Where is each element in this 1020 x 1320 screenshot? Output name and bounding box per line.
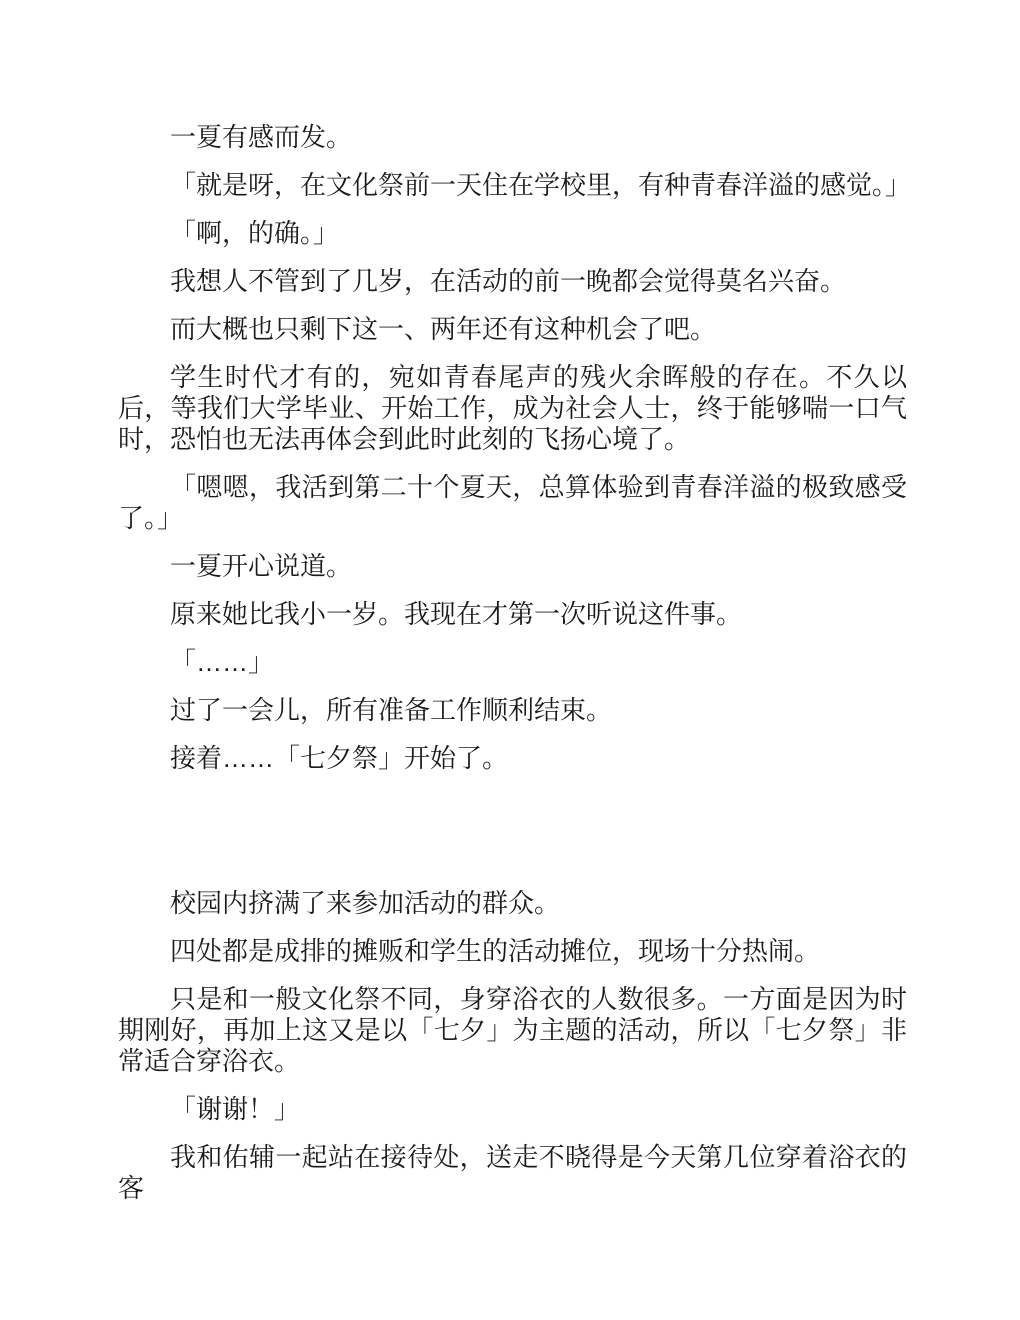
paragraph: 「谢谢！」: [118, 1094, 907, 1125]
paragraph: 过了一会儿，所有准备工作顺利结束。: [118, 695, 907, 726]
paragraph: 校园内挤满了来参加活动的群众。: [118, 888, 907, 919]
paragraph: 原来她比我小一岁。我现在才第一次听说这件事。: [118, 599, 907, 630]
paragraph: 接着……「七夕祭」开始了。: [118, 743, 907, 774]
paragraph: 一夏有感而发。: [118, 122, 907, 153]
paragraph: 学生时代才有的，宛如青春尾声的残火余晖般的存在。不久以后，等我们大学毕业、开始工…: [118, 362, 907, 455]
paragraph: 「……」: [118, 647, 907, 678]
paragraph: 「就是呀，在文化祭前一天住在学校里，有种青春洋溢的感觉。」: [118, 170, 907, 201]
paragraph: 一夏开心说道。: [118, 551, 907, 582]
paragraph: 只是和一般文化祭不同，身穿浴衣的人数很多。一方面是因为时期刚好，再加上这又是以「…: [118, 984, 907, 1077]
text-section-2: 校园内挤满了来参加活动的群众。四处都是成排的摊贩和学生的活动摊位，现场十分热闹。…: [118, 888, 907, 1204]
paragraph: 「啊，的确。」: [118, 218, 907, 249]
paragraph: 「嗯嗯，我活到第二十个夏天，总算体验到青春洋溢的极致感受了。」: [118, 472, 907, 534]
paragraph: 我想人不管到了几岁，在活动的前一晚都会觉得莫名兴奋。: [118, 266, 907, 297]
book-page: 一夏有感而发。「就是呀，在文化祭前一天住在学校里，有种青春洋溢的感觉。」「啊，的…: [0, 0, 1020, 1320]
paragraph: 而大概也只剩下这一、两年还有这种机会了吧。: [118, 314, 907, 345]
paragraph: 我和佑辅一起站在接待处，送走不晓得是今天第几位穿着浴衣的客: [118, 1142, 907, 1204]
scene-break: [118, 791, 907, 888]
paragraph: 四处都是成排的摊贩和学生的活动摊位，现场十分热闹。: [118, 936, 907, 967]
text-section-1: 一夏有感而发。「就是呀，在文化祭前一天住在学校里，有种青春洋溢的感觉。」「啊，的…: [118, 122, 907, 774]
